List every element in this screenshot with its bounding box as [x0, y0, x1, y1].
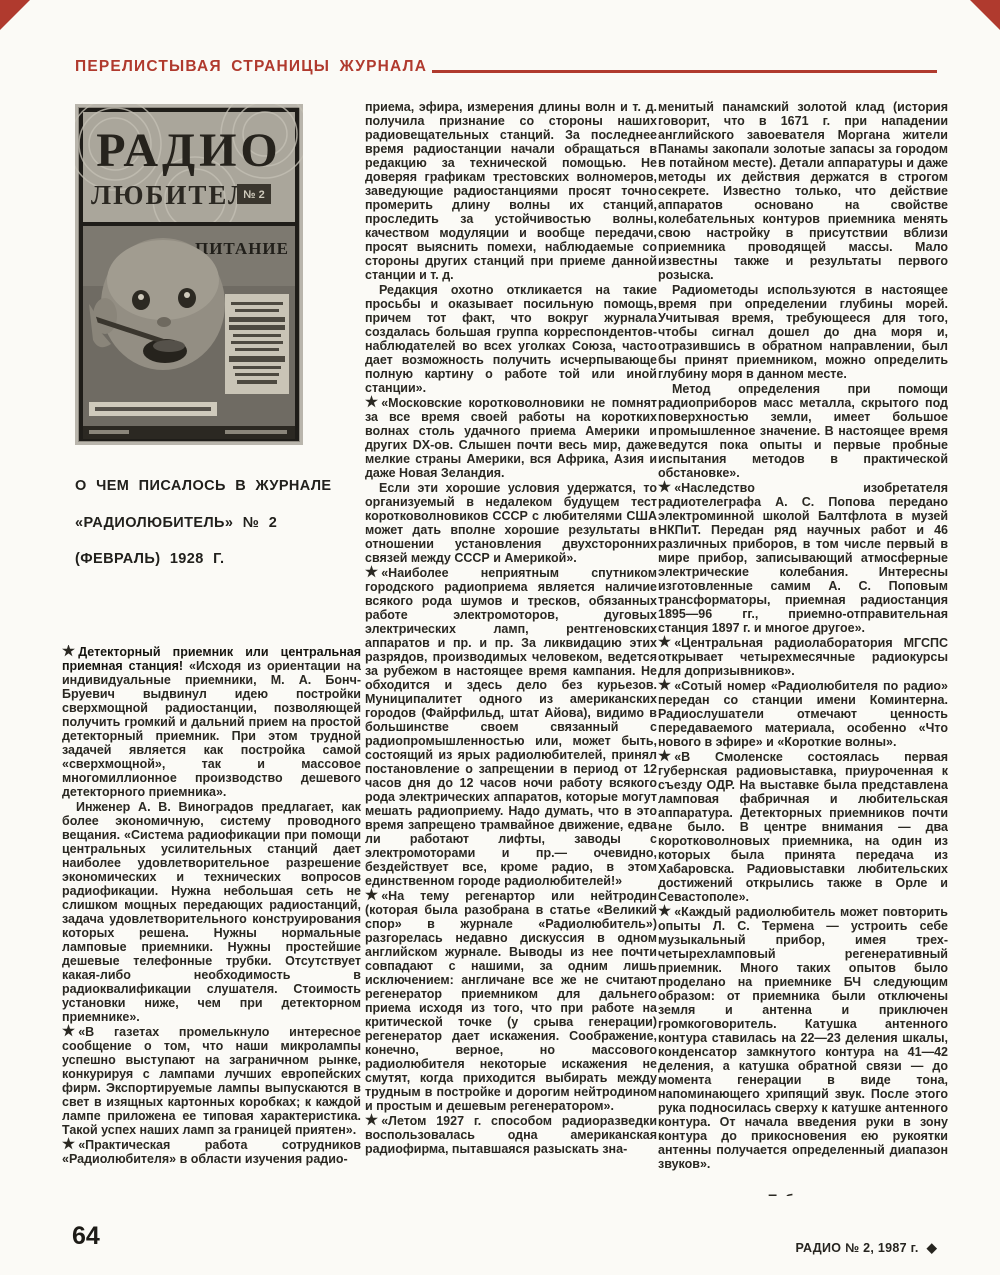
article-paragraph: Редакция охотно откликается на такие про…: [365, 283, 657, 395]
diamond-icon: ◆: [927, 1240, 937, 1256]
article-paragraph: Инженер А. В. Виноградов предлагает, как…: [62, 800, 361, 1024]
cover-illustration: РАДИО ЛЮБИТЕЛЬ № 2 ПИТАНИЕ: [75, 104, 303, 445]
text-column-middle: приема, эфира, измерения длины волн и т.…: [365, 100, 657, 1196]
star-bullet-icon: ★: [658, 479, 671, 495]
cover-title: РАДИО: [96, 124, 282, 177]
byline-role: Публикацию подготовил: [658, 1193, 934, 1196]
text-column-left: ★Детекторный приемник или центральная пр…: [62, 645, 361, 1197]
star-bullet-icon: ★: [365, 394, 378, 410]
article-paragraph: ★«На тему регенартор или нейтродин (кото…: [365, 889, 657, 1113]
star-bullet-icon: ★: [62, 1136, 75, 1152]
article-heading-line: (ФЕВРАЛЬ) 1928 Г.: [75, 541, 375, 578]
corner-triangle-top-right: [970, 0, 1000, 30]
article-paragraph: ★Детекторный приемник или центральная пр…: [62, 645, 361, 799]
star-bullet-icon: ★: [658, 748, 671, 764]
article-paragraph: Если эти хорошие условия удержатся, то о…: [365, 481, 657, 565]
star-bullet-icon: ★: [62, 645, 75, 659]
star-bullet-icon: ★: [365, 887, 378, 903]
star-bullet-icon: ★: [658, 677, 671, 693]
article-paragraph: ★«В Смоленске состоялась первая губернск…: [658, 750, 948, 904]
article-paragraph: ★«Наиболее неприятным спутником городско…: [365, 566, 657, 888]
cover-section-word: ПИТАНИЕ: [195, 239, 289, 258]
article-paragraph: приема, эфира, измерения длины волн и т.…: [365, 100, 657, 282]
star-bullet-icon: ★: [658, 634, 671, 650]
journal-credit: РАДИО № 2, 1987 г.◆: [795, 1240, 937, 1256]
article-paragraph: ★«Летом 1927 г. способом радиоразведки в…: [365, 1114, 657, 1156]
article-paragraph: ★«В газетах промелькнуло интересное сооб…: [62, 1025, 361, 1137]
article-paragraph: ★«Наследство изобретателя радиотелеграфа…: [658, 481, 948, 635]
star-bullet-icon: ★: [365, 564, 378, 580]
article-heading: О ЧЕМ ПИСАЛОСЬ В ЖУРНАЛЕ «РАДИОЛЮБИТЕЛЬ»…: [75, 468, 375, 578]
star-bullet-icon: ★: [365, 1112, 378, 1128]
article-heading-line: «РАДИОЛЮБИТЕЛЬ» № 2: [75, 505, 375, 542]
star-bullet-icon: ★: [658, 903, 671, 919]
article-paragraph: Метод определения при помощи радиоприбор…: [658, 382, 948, 480]
cover-text-block: [225, 294, 289, 394]
cover-issue-badge: № 2: [243, 189, 264, 201]
page-number: 64: [72, 1222, 100, 1251]
magazine-page: ПЕРЕЛИСТЫВАЯ СТРАНИЦЫ ЖУРНАЛА РАДИО ЛЮБИ…: [0, 0, 1000, 1275]
article-paragraph: ★«Центральная радиолаборатория МГСПС отк…: [658, 636, 948, 678]
rubric-rule: [432, 70, 937, 73]
text-column-right: менитый панамский золотой клад (история …: [658, 100, 948, 1196]
article-heading-line: О ЧЕМ ПИСАЛОСЬ В ЖУРНАЛЕ: [75, 468, 375, 505]
article-paragraph: менитый панамский золотой клад (история …: [658, 100, 948, 282]
corner-triangle-top-left: [0, 0, 30, 30]
article-paragraph: ★«Сотый номер «Радиолюбителя по радио» п…: [658, 679, 948, 749]
cover-caption-strip: [89, 402, 217, 416]
article-paragraph: ★«Московские коротковолновики не помнят …: [365, 396, 657, 480]
journal-credit-text: РАДИО № 2, 1987 г.: [795, 1241, 918, 1255]
cover-image: РАДИО ЛЮБИТЕЛЬ № 2 ПИТАНИЕ: [75, 104, 303, 445]
star-bullet-icon: ★: [62, 1023, 75, 1039]
byline: Публикацию подготовилА. КИЯШКО: [658, 1193, 948, 1196]
rubric-title: ПЕРЕЛИСТЫВАЯ СТРАНИЦЫ ЖУРНАЛА: [75, 58, 427, 76]
article-paragraph: ★«Практическая работа сотрудников «Радио…: [62, 1138, 361, 1166]
article-paragraph: ★«Каждый радиолюбитель может повторить о…: [658, 905, 948, 1171]
article-paragraph: Радиометоды используются в настоящее вре…: [658, 283, 948, 381]
paragraph-bold-lead: Детекторный приемник или центральная при…: [62, 645, 361, 673]
